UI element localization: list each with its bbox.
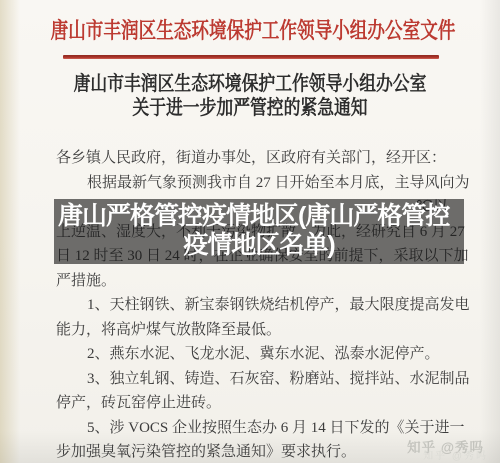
caption-line-1: 唐山严格管控疫情地区(唐山严格管控 <box>58 201 464 231</box>
doc-line: 各乡镇人民政府，街道办事处，区政府有关部门，经开区： <box>56 146 450 171</box>
doc-line: 能力，将高炉煤气放散降至最低。 <box>56 318 450 343</box>
document-title: 唐山市丰润区生态环境保护工作领导小组办公室 关于进一步加严管控的紧急通知 <box>0 72 500 120</box>
doc-line: 5、涉 VOCS 企业按照生态办 6 月 14 日下发的《关于进一 <box>56 416 450 441</box>
letterhead-divider <box>63 55 439 59</box>
watermark-echo: 知乎 @秀吗 <box>423 447 488 462</box>
document-photo: 唐山市丰润区生态环境保护工作领导小组办公室文件 唐山市丰润区生态环境保护工作领导… <box>0 0 500 463</box>
doc-line: 根据最新气象预测我市自 27 日开始至本月底，主导风向为 <box>56 171 450 196</box>
doc-line: 步加强臭氧污染管控的紧急通知》要求执行。 <box>56 440 450 463</box>
document-title-line1: 唐山市丰润区生态环境保护工作领导小组办公室 <box>74 72 427 96</box>
doc-line: 停产，砖瓦窑停止进砖。 <box>56 391 450 416</box>
letterhead-title-text: 唐山市丰润区生态环境保护工作领导小组办公室文件 <box>51 14 456 48</box>
letterhead-title: 唐山市丰润区生态环境保护工作领导小组办公室文件 <box>0 14 500 48</box>
caption-line-2: 疫情地区名单) <box>54 230 464 260</box>
doc-line: 3、独立轧钢、铸造、石灰窑、粉磨站、搅拌站、水泥制品 <box>56 367 450 392</box>
doc-line: 1、天柱钢铁、新宝泰钢铁烧结机停产，最大限度提高发电 <box>56 293 450 318</box>
caption-overlay: 唐山严格管控疫情地区(唐山严格管控 疫情地区名单) <box>54 199 464 264</box>
document-title-line2: 关于进一步加严管控的紧急通知 <box>132 96 367 120</box>
body-text: 各乡镇人民政府，街道办事处，区政府有关部门，经开区： 根据最新气象预测我市自 2… <box>56 146 450 463</box>
doc-line: 严措施。 <box>56 269 450 294</box>
doc-line: 2、燕东水泥、飞龙水泥、冀东水泥、泓泰水泥停产。 <box>56 342 450 367</box>
